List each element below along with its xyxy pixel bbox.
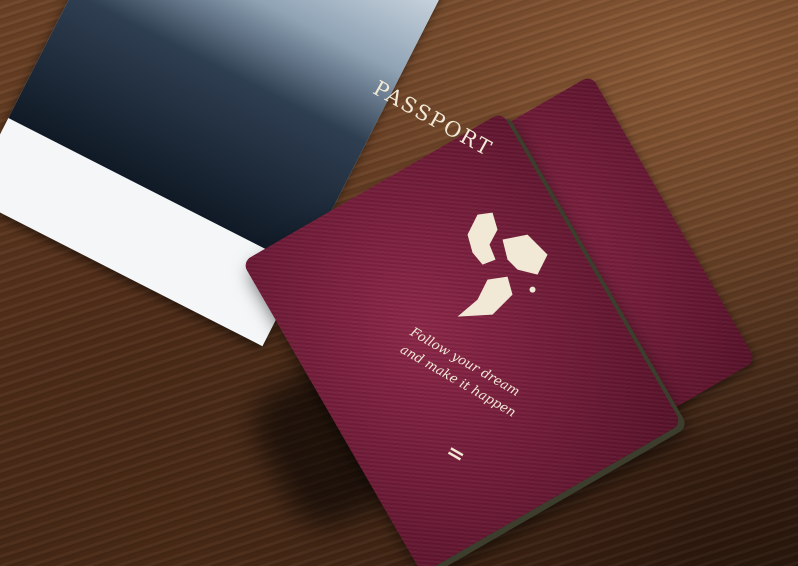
equals-symbol: = — [441, 438, 470, 470]
front-passport-title: PASSPORT — [370, 76, 498, 161]
world-map-icon — [438, 205, 558, 325]
motto-text: Follow your dream and make it happen — [396, 323, 529, 423]
photo-scene: PA PASSPORT Follow your dream and make i… — [0, 0, 798, 566]
